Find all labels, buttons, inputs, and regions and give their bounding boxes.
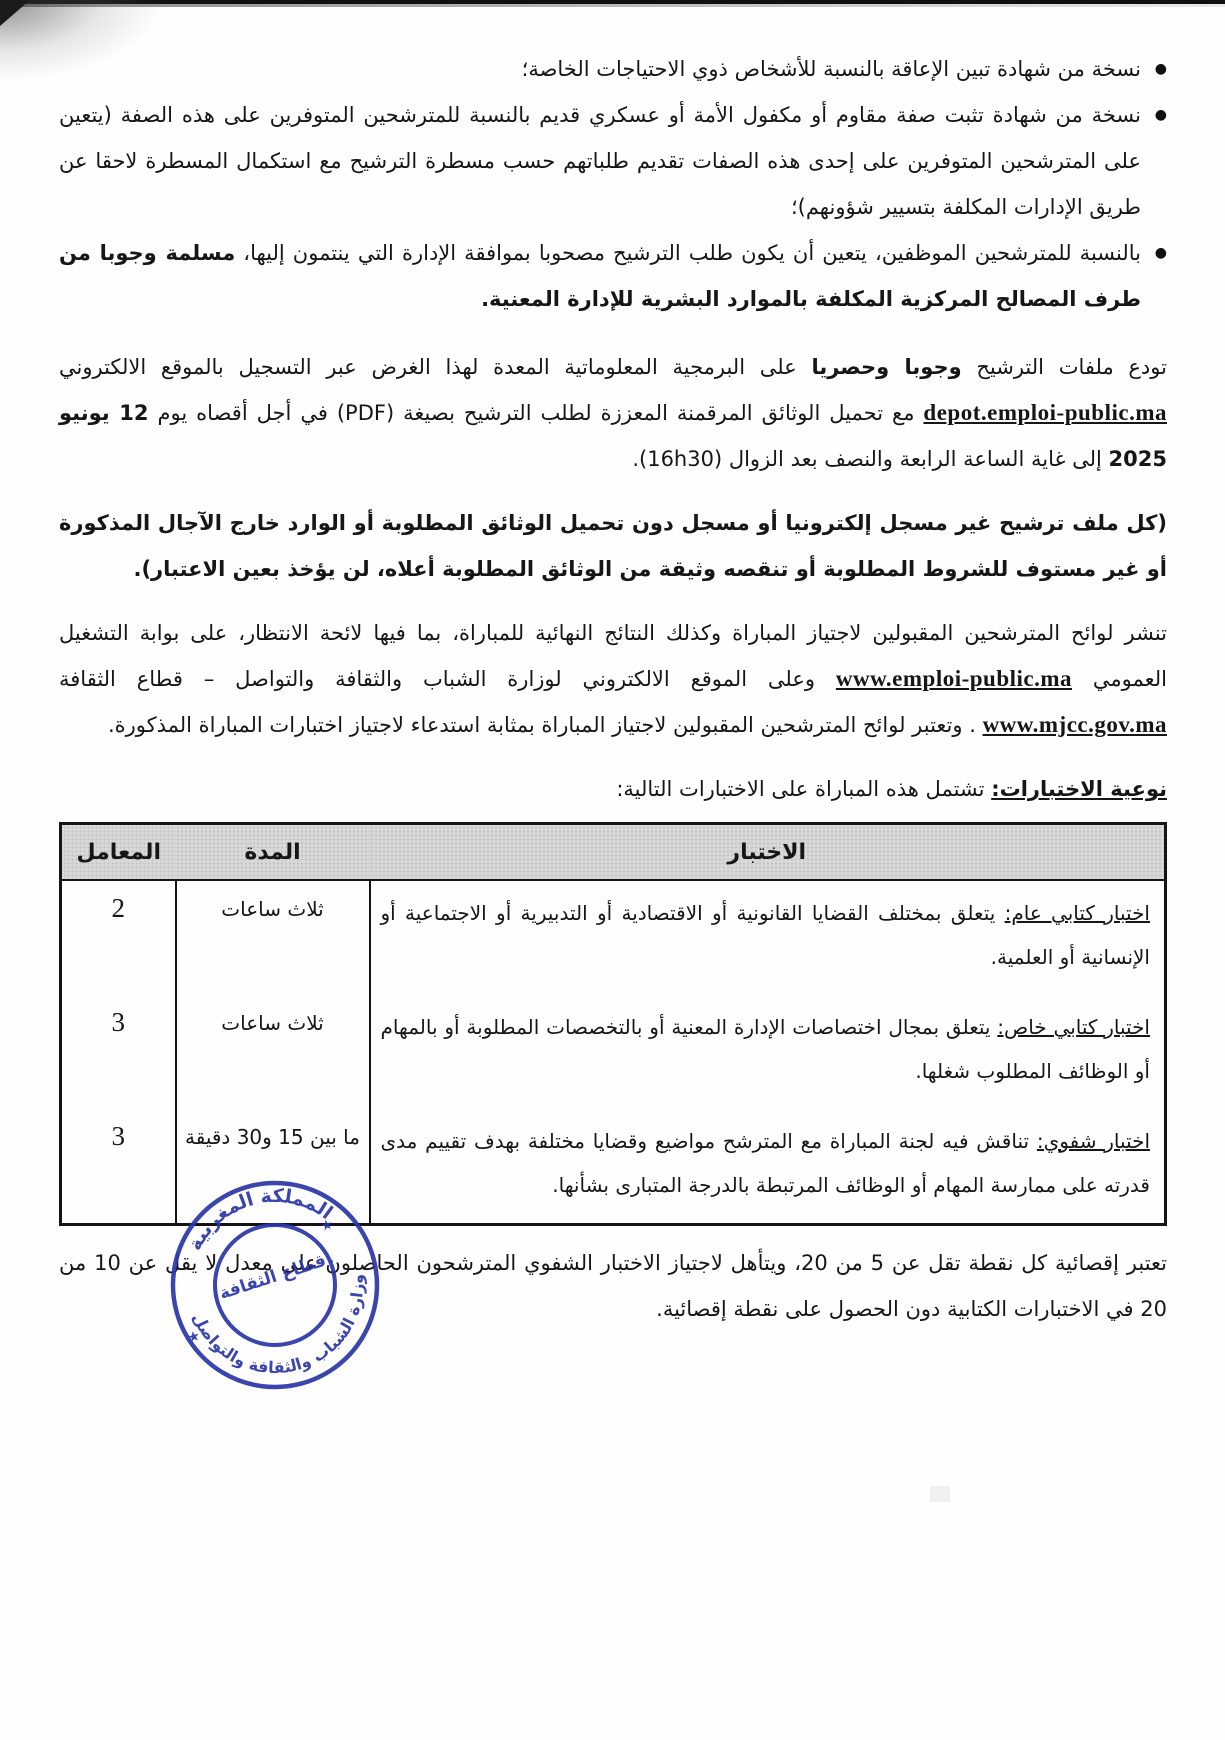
exam-table: الاختبار المدة المعامل اختبار كتابي عام:… xyxy=(59,822,1167,1226)
table-header-row: الاختبار المدة المعامل xyxy=(61,824,1166,881)
tests-section-intro: نوعية الاختبارات: تشتمل هذه المباراة على… xyxy=(59,766,1167,812)
test-title: اختبار كتابي عام: xyxy=(1005,901,1150,925)
mjcc-url: www.mjcc.gov.ma xyxy=(983,712,1167,737)
bullet-text: نسخة من شهادة تثبت صفة مقاوم أو مكفول ال… xyxy=(59,103,1141,219)
scan-artifact-square xyxy=(930,1486,950,1502)
duration-cell: ثلاث ساعات xyxy=(176,995,370,1109)
document-content: نسخة من شهادة تبين الإعاقة بالنسبة للأشخ… xyxy=(59,46,1167,1350)
section-label: نوعية الاختبارات: xyxy=(991,777,1167,801)
test-cell: اختبار كتابي عام: يتعلق بمختلف القضايا ا… xyxy=(370,880,1166,995)
paragraph-text: تودع ملفات الترشيح xyxy=(962,355,1167,379)
coefficient-cell: 3 xyxy=(61,995,176,1109)
submission-paragraph: تودع ملفات الترشيح وجوبا وحصريا على البر… xyxy=(59,344,1167,482)
scan-edge-top-fade xyxy=(0,4,1225,7)
rejection-warning-paragraph: (كل ملف ترشيح غير مسجل إلكترونيا أو مسجل… xyxy=(59,500,1167,592)
results-paragraph: تنشر لوائح المترشحين المقبولين لاجتياز ا… xyxy=(59,610,1167,748)
list-item: بالنسبة للمترشحين الموظفين، يتعين أن يكو… xyxy=(59,230,1167,322)
duration-cell: ثلاث ساعات xyxy=(176,880,370,995)
test-cell: اختبار كتابي خاص: يتعلق بمجال اختصاصات ا… xyxy=(370,995,1166,1109)
bullet-text: نسخة من شهادة تبين الإعاقة بالنسبة للأشخ… xyxy=(522,57,1141,81)
table-row: اختبار كتابي خاص: يتعلق بمجال اختصاصات ا… xyxy=(61,995,1166,1109)
stamp-center-text: قطاع الثقافة xyxy=(217,1251,329,1304)
column-header-test: الاختبار xyxy=(370,824,1166,881)
paragraph-text: تشتمل هذه المباراة على الاختبارات التالي… xyxy=(616,777,991,801)
table-row: اختبار كتابي عام: يتعلق بمختلف القضايا ا… xyxy=(61,880,1166,995)
paragraph-text: مع تحميل الوثائق المرقمنة المعززة لطلب ا… xyxy=(149,401,924,425)
paragraph-text: على البرمجية المعلوماتية المعدة لهذا الغ… xyxy=(59,355,811,379)
column-header-duration: المدة xyxy=(176,824,370,881)
stamp-star-icon: ★ xyxy=(319,1216,335,1235)
emploi-public-url: www.emploi-public.ma xyxy=(836,666,1072,691)
list-item: نسخة من شهادة تثبت صفة مقاوم أو مكفول ال… xyxy=(59,92,1167,230)
column-header-coefficient: المعامل xyxy=(61,824,176,881)
list-item: نسخة من شهادة تبين الإعاقة بالنسبة للأشخ… xyxy=(59,46,1167,92)
coefficient-cell: 2 xyxy=(61,880,176,995)
mandatory-emphasis: وجوبا وحصريا xyxy=(811,355,961,379)
bullet-icon xyxy=(1155,230,1167,276)
test-description: تناقش فيه لجنة المباراة مع المترشح مواضي… xyxy=(381,1129,1151,1197)
paragraph-text: . وتعتبر لوائح المترشحين المقبولين لاجتي… xyxy=(108,713,983,737)
scanned-document-page: نسخة من شهادة تبين الإعاقة بالنسبة للأشخ… xyxy=(0,0,1225,1740)
scan-corner-artifact xyxy=(0,0,30,26)
bullet-text: بالنسبة للمترشحين الموظفين، يتعين أن يكو… xyxy=(235,241,1141,265)
test-title: اختبار شفوي: xyxy=(1037,1129,1150,1153)
paragraph-text: إلى غاية الساعة الرابعة والنصف بعد الزوا… xyxy=(632,447,1108,471)
bullet-icon xyxy=(1155,92,1167,138)
test-title: اختبار كتابي خاص: xyxy=(997,1015,1150,1039)
depot-url: depot.emploi-public.ma xyxy=(923,400,1167,425)
paragraph-text: وعلى الموقع الالكتروني لوزارة الشباب وال… xyxy=(59,667,836,691)
requirements-bullet-list: نسخة من شهادة تبين الإعاقة بالنسبة للأشخ… xyxy=(59,46,1167,322)
test-cell: اختبار شفوي: تناقش فيه لجنة المباراة مع … xyxy=(370,1109,1166,1225)
bullet-icon xyxy=(1155,46,1167,92)
